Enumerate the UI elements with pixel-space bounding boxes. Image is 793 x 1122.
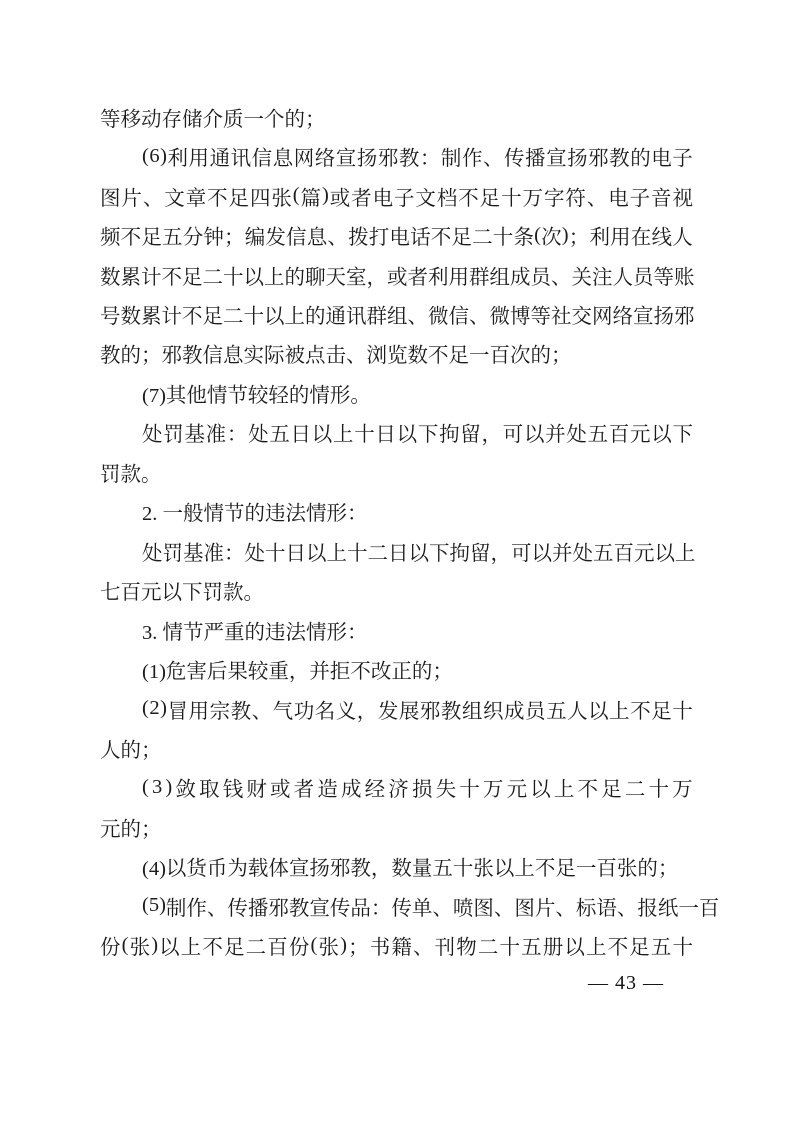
text-line: (3)敛取钱财或者造成经济损失十万元以上不足二十万 xyxy=(100,768,693,807)
text-line: (2)冒用宗教、气功名义，发展邪教组织成员五人以上不足十 xyxy=(100,689,693,728)
text-line: 3. 情节严重的违法情形： xyxy=(100,610,693,649)
text-line: 人的； xyxy=(100,728,693,767)
text-line: 罚款。 xyxy=(100,452,693,491)
text-line: 份(张)以上不足二百份(张)；书籍、刊物二十五册以上不足五十 xyxy=(100,926,693,965)
text-line: 频不足五分钟；编发信息、拨打电话不足二十条(次)；利用在线人 xyxy=(100,215,693,254)
document-page: 等移动存储介质一个的； (6)利用通讯信息网络宣扬邪教：制作、传播宣扬邪教的电子… xyxy=(0,0,793,1122)
text-line: 2. 一般情节的违法情形： xyxy=(100,492,693,531)
text-line: 元的； xyxy=(100,807,693,846)
text-line: 七百元以下罚款。 xyxy=(100,570,693,609)
text-line: 图片、文章不足四张(篇)或者电子文档不足十万字符、电子音视 xyxy=(100,176,693,215)
text-line: (1)危害后果较重，并拒不改正的； xyxy=(100,649,693,688)
text-line: 号数累计不足二十以上的通讯群组、微信、微博等社交网络宣扬邪 xyxy=(100,294,693,333)
text-line: 处罚基准：处十日以上十二日以下拘留，可以并处五百元以上 xyxy=(100,531,693,570)
text-line: 数累计不足二十以上的聊天室，或者利用群组成员、关注人员等账 xyxy=(100,255,693,294)
text-line: (5)制作、传播邪教宣传品：传单、喷图、图片、标语、报纸一百 xyxy=(100,886,693,925)
text-line: (7)其他情节较轻的情形。 xyxy=(100,373,693,412)
page-body-text: 等移动存储介质一个的； (6)利用通讯信息网络宣扬邪教：制作、传播宣扬邪教的电子… xyxy=(100,97,693,965)
text-line: (6)利用通讯信息网络宣扬邪教：制作、传播宣扬邪教的电子 xyxy=(100,136,693,175)
text-line: 处罚基准：处五日以上十日以下拘留，可以并处五百元以下 xyxy=(100,413,693,452)
text-line: (4)以货币为载体宣扬邪教，数量五十张以上不足一百张的； xyxy=(100,847,693,886)
text-line: 等移动存储介质一个的； xyxy=(100,97,693,136)
page-number: — 43 — xyxy=(588,972,664,995)
text-line: 教的；邪教信息实际被点击、浏览数不足一百次的； xyxy=(100,334,693,373)
